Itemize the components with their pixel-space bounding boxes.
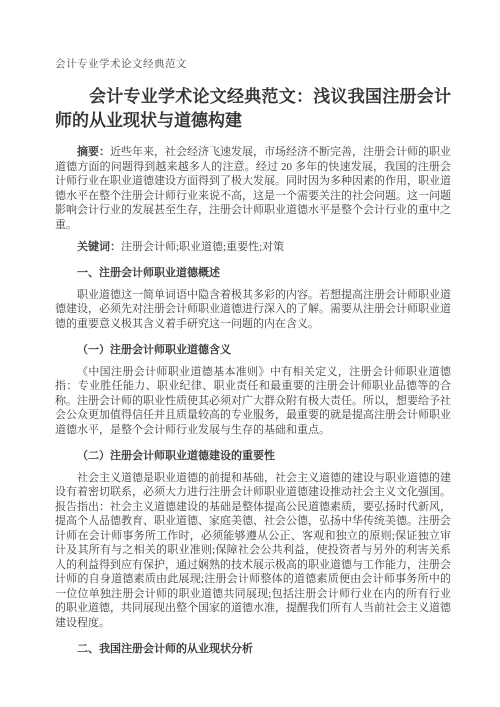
document-page: 会计专业学术论文经典范文 会计专业学术论文经典范文：浅议我国注册会计师的从业现状… — [0, 0, 500, 707]
doc-title: 会计专业学术论文经典范文：浅议我国注册会计师的从业现状与道德构建 — [55, 85, 451, 132]
subsection-heading-importance: （二）注册会计师职业道德建设的重要性 — [55, 445, 451, 464]
subsection-paragraph-meaning: 《中国注册会计师职业道德基本准则》中有相关定义，注册会计师职业道德指：专业胜任能… — [55, 365, 451, 438]
abstract-text: 近些年来，社会经济飞速发展，市场经济不断完善，注册会计师的职业道德方面的问题得到… — [55, 146, 451, 231]
keywords-label: 关键词： — [77, 241, 121, 253]
section-paragraph-overview: 职业道德这一简单词语中隐含着极其多彩的内容。若想提高注册会计师职业道德建设，必须… — [55, 288, 451, 332]
subsection-paragraph-importance: 社会主义道德是职业道德的前提和基础，社会主义道德的建设与职业道德的建设有着密切联… — [55, 471, 451, 631]
keywords-text: 注册会计师;职业道德;重要性;对策 — [121, 241, 284, 253]
section-heading-status-analysis: 二、我国注册会计师的从业现状分析 — [55, 638, 451, 657]
subsection-heading-meaning: （一）注册会计师职业道德含义 — [55, 339, 451, 358]
keywords-paragraph: 关键词：注册会计师;职业道德;重要性;对策 — [55, 240, 451, 255]
section-heading-overview: 一、注册会计师职业道德概述 — [55, 262, 451, 281]
abstract-paragraph: 摘要：近些年来，社会经济飞速发展，市场经济不断完善，注册会计师的职业道德方面的问… — [55, 145, 451, 232]
document-content: 会计专业学术论文经典范文 会计专业学术论文经典范文：浅议我国注册会计师的从业现状… — [0, 0, 500, 656]
doc-category-header: 会计专业学术论文经典范文 — [55, 58, 451, 71]
abstract-label: 摘要： — [77, 146, 110, 158]
